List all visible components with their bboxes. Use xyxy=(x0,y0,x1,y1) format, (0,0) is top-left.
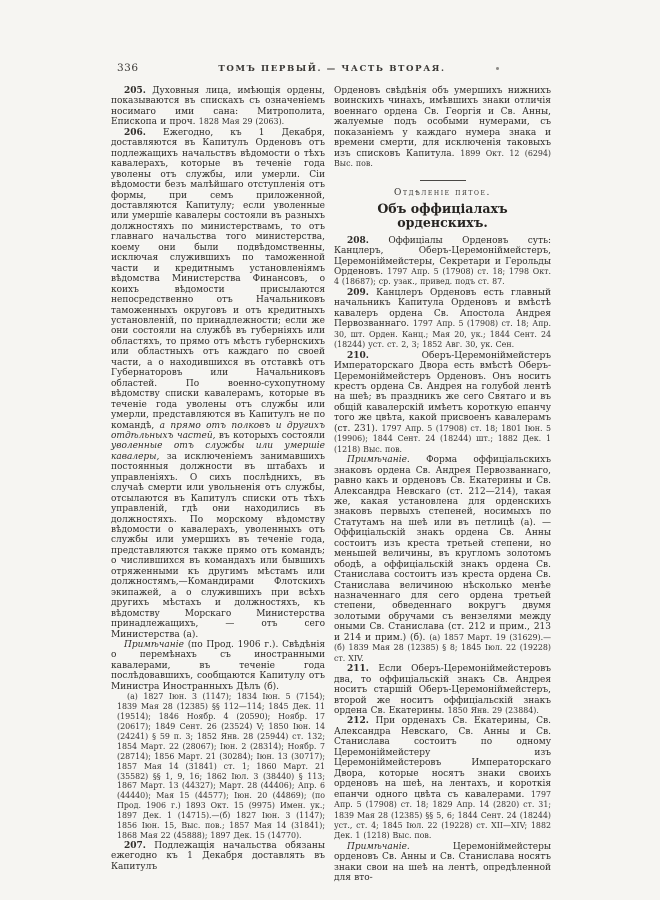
note-206: Примѣчаніе (по Прод. 1906 г.). Свѣдѣнія … xyxy=(111,640,325,692)
paragraph-208: 208. Оффиціалы Орденовъ суть: Канцлеръ, … xyxy=(334,236,551,288)
italic-text-run: Примѣчаніе. xyxy=(347,842,410,852)
text-run: Форма оффиціальскихъ знаковъ ордена Св. … xyxy=(334,455,551,643)
paragraph-209: 209. Канцлеръ Орденовъ есть главный нача… xyxy=(334,288,551,351)
book-page-scan: 336 ТОМЪ ПЕРВЫЙ. — ЧАСТЬ ВТОРАЯ. 205. Ду… xyxy=(0,0,660,900)
page-content: 205. Духовныя лица, имѣющія ордены, пока… xyxy=(111,86,554,884)
text-run: Ежегодно, къ 1 Декабря, доставляются въ … xyxy=(111,128,325,431)
section-divider xyxy=(420,180,466,181)
section-heading: Отдѣленіе пятое. xyxy=(334,188,551,199)
paragraph-207: 207. Подлежащія начальства обязаны ежего… xyxy=(111,841,325,872)
running-title: ТОМЪ ПЕРВЫЙ. — ЧАСТЬ ВТОРАЯ. xyxy=(111,64,553,74)
paragraph-211: 211. Если Оберъ-Церемоніймейстеровъ два,… xyxy=(334,664,551,716)
paragraph-number: 209. xyxy=(347,288,369,298)
note-212: Примѣчаніе. Церемоніймейстеры орденовъ С… xyxy=(334,842,551,884)
paragraph-212: 212. При орденахъ Св. Екатерины, Св. Але… xyxy=(334,716,551,841)
paragraph-number: 206. xyxy=(124,128,146,138)
references-206: (а) 1827 Іюн. 3 (1147); 1834 Іюн. 5 (715… xyxy=(117,692,325,841)
paragraph-207-continuation: Орденовъ свѣдѣнія объ умершихъ нижнихъ в… xyxy=(334,86,551,170)
paragraph-210: 210. Оберъ-Церемоніймейстеръ Императорск… xyxy=(334,351,551,456)
section-title: Объ оффиціалахъ орденскихъ. xyxy=(334,202,551,230)
text-run: Оберъ-Церемоніймейстеръ Императорскаго Д… xyxy=(334,351,551,434)
paragraph-number: 205. xyxy=(124,86,146,96)
paragraph-number: 212. xyxy=(347,716,369,726)
paragraph-number: 207. xyxy=(124,841,146,851)
italic-text-run: Примѣчаніе xyxy=(124,640,184,650)
text-run: въ которыхъ состояли xyxy=(216,431,325,441)
paragraph-number: 208. xyxy=(347,236,369,246)
citation: 1828 Мая 29 (2063). xyxy=(199,117,284,126)
paragraph-number: 211. xyxy=(347,664,369,674)
right-column: Орденовъ свѣдѣнія объ умершихъ нижнихъ в… xyxy=(334,86,551,884)
paragraph-206: 206. Ежегодно, къ 1 Декабря, доставляютс… xyxy=(111,128,325,640)
text-run: При орденахъ Св. Екатерины, Св. Александ… xyxy=(334,716,551,799)
note-210: Примѣчаніе. Форма оффиціальскихъ знаковъ… xyxy=(334,455,551,664)
scan-speck xyxy=(496,67,499,70)
text-run: Отдѣленіе пятое. xyxy=(394,188,491,198)
paragraph-number: 210. xyxy=(347,351,369,361)
italic-text-run: Примѣчаніе. xyxy=(347,455,410,465)
paragraph-205: 205. Духовныя лица, имѣющія ордены, пока… xyxy=(111,86,325,128)
citation: 1850 Янв. 29 (23884). xyxy=(448,706,539,715)
text-run: Объ оффиціалахъ орденскихъ. xyxy=(377,201,507,230)
text-run: за исключеніемъ занимавшихъ постоянныя д… xyxy=(111,452,325,640)
left-column: 205. Духовныя лица, имѣющія ордены, пока… xyxy=(111,86,325,884)
text-run: (а) 1827 Іюн. 3 (1147); 1834 Іюн. 5 (715… xyxy=(117,692,325,840)
